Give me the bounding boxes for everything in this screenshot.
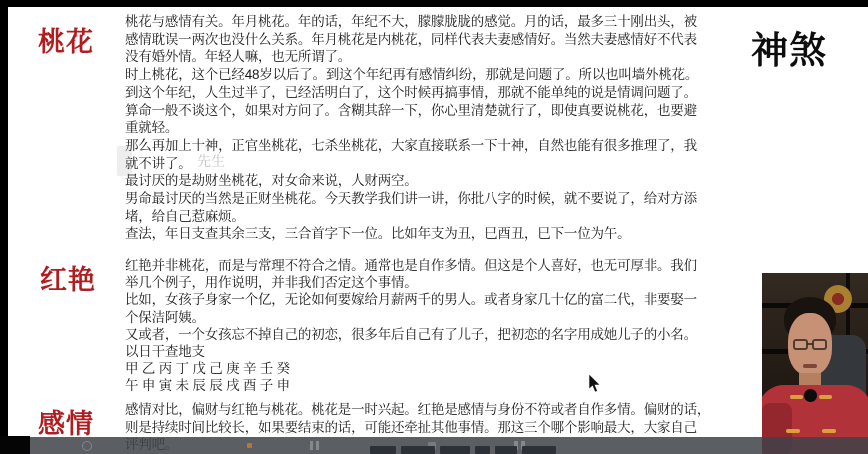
text-line: 桃花与感情有关。年月桃花。年的话，年纪不大，朦朦胧胧的感觉。月的话，最多三十刚出… <box>125 13 775 31</box>
section-text-hongyan: 红艳并非桃花，而是与常理不符合之情。通常也是自作多情。但这是个人喜好，也无可厚非… <box>125 257 775 395</box>
cutoff-overlay-block <box>401 446 435 454</box>
section-heading-hongyan: 红艳 <box>40 258 96 297</box>
cutoff-overlay-block <box>370 446 396 454</box>
text-line: 算命一般不谈这个，如果对方问了。含糊其辞一下，你心里清楚就行了，即使真要说桃花，… <box>125 102 775 120</box>
text-line: 查法，年日支查其余三支，三合首字下一位。比如年支为丑，巳酉丑，巳下一位为午。 <box>125 225 775 243</box>
text-line: 红艳并非桃花，而是与常理不符合之情。通常也是自作多情。但这是个人喜好，也无可厚非… <box>125 257 775 274</box>
text-line: 最讨厌的是劫财坐桃花，对女命来说，人财两空。 <box>125 172 775 190</box>
cutoff-overlay-block <box>522 446 556 454</box>
text-line: 感情耽误一两次也没什么关系。年月桃花是内桃花，同样代表夫妻感情好。当然夫妻感情好… <box>125 31 775 49</box>
presenter-webcam <box>762 273 868 454</box>
text-line: 到这个年纪，人生过半了，已经活明白了，这个时候再搞事情，那就不能单纯的说是情调问… <box>125 84 775 102</box>
cutoff-overlay-block <box>475 446 490 454</box>
section-heading-ganqing: 感情 <box>38 402 94 441</box>
glasses-bridge <box>807 343 813 345</box>
text-line: 男命最讨厌的当然是正财坐桃花。今天教学我们讲一讲，你批八字的时候，就不要说了，给… <box>125 190 775 208</box>
text-line: 堵，给自己惹麻烦。 <box>125 208 775 226</box>
text-line: 比如，女孩子身家一个亿，无论如何要嫁给月薪两千的男人。或者身家几十亿的富二代，非… <box>125 291 775 308</box>
text-line: 时上桃花，这个已经48岁以后了。到这个年纪再有感情纠纷，那就是问题了。所以也叫墙… <box>125 66 775 84</box>
stem-row: 甲 乙 丙 丁 戊 己 庚 辛 壬 癸 <box>125 360 775 377</box>
text-line: 以日干查地支 <box>125 343 775 360</box>
player-faint-glyph-icon[interactable] <box>82 441 92 451</box>
cutoff-overlay-block <box>440 446 470 454</box>
letterbox-top-bar <box>0 0 868 7</box>
frog-button <box>790 395 803 399</box>
watermark-text: 先生 <box>197 151 225 171</box>
text-line: 个保洁阿姨。 <box>125 309 775 326</box>
cutoff-overlay-block <box>495 446 517 454</box>
watermark-stamp <box>117 146 132 176</box>
text-line: 没有婚外情。年轻人嘛，也无所谓了。 <box>125 48 775 66</box>
pause-icon[interactable] <box>310 441 319 450</box>
text-line: 则是持续时间比较长，如果要结束的话，可能还牵扯其他事情。那这三个哪个影响最大，大… <box>125 419 775 437</box>
video-player-bar[interactable] <box>8 437 868 454</box>
text-line: 重就轻。 <box>125 119 775 137</box>
video-frame: { "video": { "side_label": "神煞", "waterm… <box>0 0 868 454</box>
section-heading-taohua: 桃花 <box>38 20 94 59</box>
text-line: 感情对比，偏财与红艳与桃花。桃花是一时兴起。红艳是感情与身份不符或者自作多情。偏… <box>125 401 775 419</box>
player-marker-icon[interactable] <box>247 443 252 448</box>
glasses-left-lens <box>793 339 808 350</box>
side-label-shensha: 神煞 <box>751 20 827 74</box>
section-text-taohua: 桃花与感情有关。年月桃花。年的话，年纪不大，朦朦胧胧的感觉。月的话，最多三十刚出… <box>125 13 775 243</box>
letterbox-left-strip <box>0 0 8 454</box>
presenter-mouth <box>803 364 817 368</box>
frog-button <box>822 429 836 433</box>
frog-button <box>786 429 800 433</box>
text-line: 又或者，一个女孩忘不掉自己的初恋，很多年后自己有了儿子，把初恋的名字用成她儿子的… <box>125 326 775 343</box>
lapel-mic-icon <box>804 389 817 402</box>
branch-row: 午 申 寅 未 辰 辰 戌 酉 子 申 <box>125 377 775 394</box>
glasses-right-lens <box>812 339 827 350</box>
frog-button <box>819 395 832 399</box>
corner-black-block <box>0 436 30 454</box>
text-line: 举几个例子，用作说明，并非我们否定这个事情。 <box>125 274 775 291</box>
mouse-cursor-icon <box>588 374 602 394</box>
